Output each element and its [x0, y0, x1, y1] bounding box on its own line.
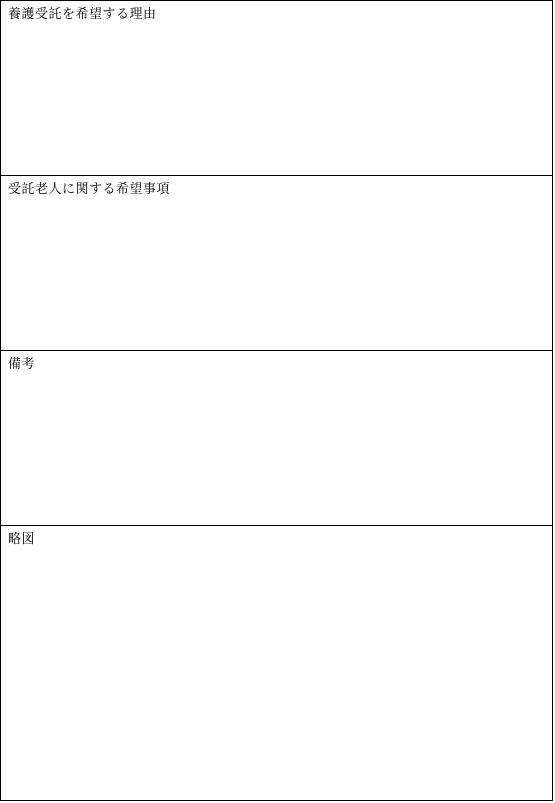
section-reason: 養護受託を希望する理由: [1, 1, 552, 176]
section-sketch-map: 略図: [1, 525, 552, 800]
sketch-map-area[interactable]: [1, 552, 552, 800]
reason-field[interactable]: [1, 27, 552, 176]
section-label-reason: 養護受託を希望する理由: [8, 7, 157, 23]
section-label-remarks: 備考: [8, 357, 35, 373]
section-remarks: 備考: [1, 350, 552, 525]
form-table: 養護受託を希望する理由 受託老人に関する希望事項 備考 略図: [0, 0, 553, 801]
section-requests: 受託老人に関する希望事項: [1, 175, 552, 350]
remarks-field[interactable]: [1, 377, 552, 525]
requests-field[interactable]: [1, 202, 552, 350]
section-label-sketch-map: 略図: [8, 532, 35, 548]
section-label-requests: 受託老人に関する希望事項: [8, 182, 170, 198]
